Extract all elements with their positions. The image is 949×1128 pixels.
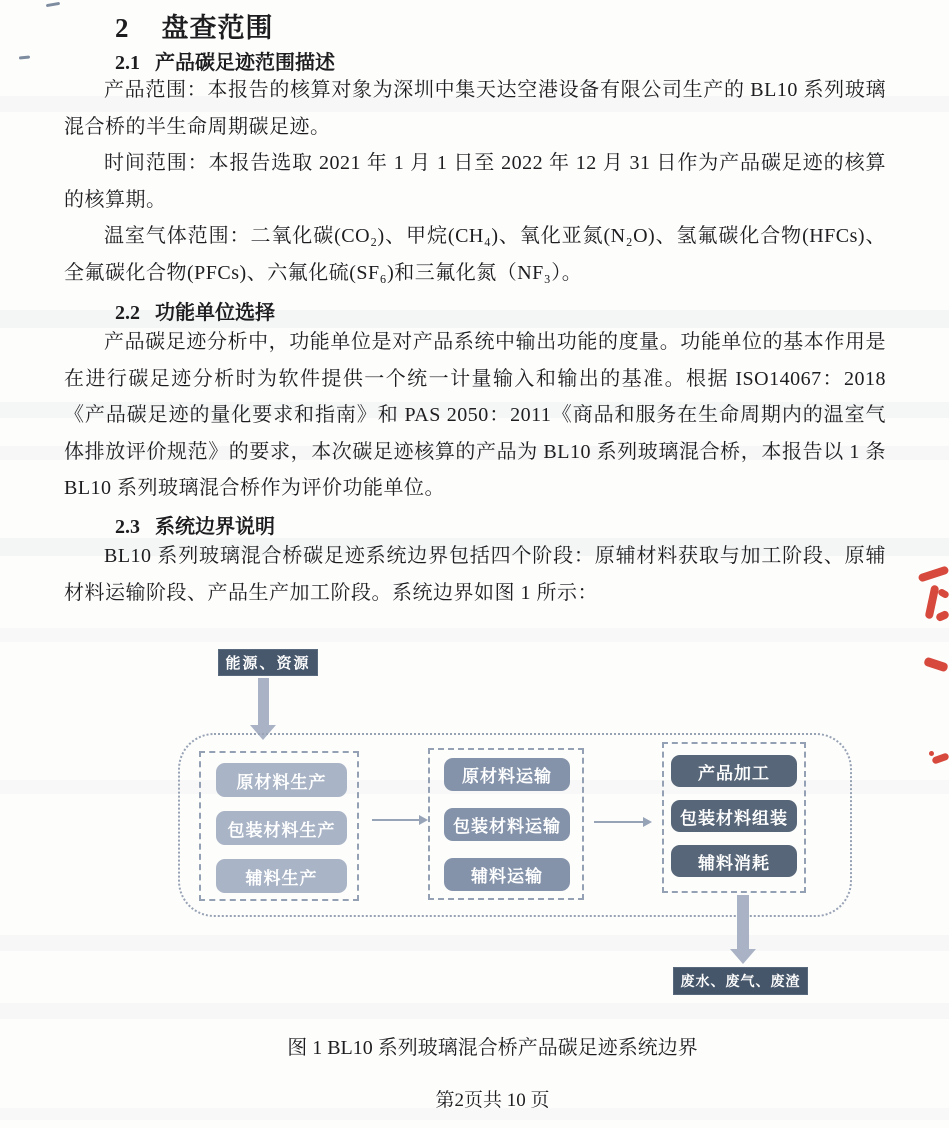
scan-bleed-band [0, 935, 949, 951]
section-2-2-heading: 2.2功能单位选择 [115, 296, 275, 325]
paragraph-functional-unit: 产品碳足迹分析中，功能单位是对产品系统中输出功能的度量。功能单位的基本作用是在进… [64, 324, 886, 507]
pencil-mark [19, 55, 30, 59]
waste-down-arrow [737, 895, 749, 949]
box-auxiliary-production: 辅料生产 [216, 859, 347, 893]
chapter-heading: 2盘查范围 [115, 6, 274, 45]
paragraph-system-boundary: BL10 系列玻璃混合桥碳足迹系统边界包括四个阶段：原辅材料获取与加工阶段、原辅… [64, 538, 886, 611]
paragraph-product-scope: 产品范围：本报告的核算对象为深圳中集天达空港设备有限公司生产的 BL10 系列玻… [64, 72, 886, 145]
scan-bleed-band [0, 628, 949, 642]
box-packaging-material-transport: 包装材料运输 [444, 808, 570, 841]
box-product-processing: 产品加工 [671, 755, 797, 787]
chapter-number: 2 [115, 13, 130, 44]
red-ink-mark [931, 752, 949, 764]
red-ink-mark [918, 565, 949, 582]
section-number: 2.2 [115, 302, 140, 325]
waste-down-arrow-head [730, 949, 756, 964]
arrow-stage2-to-stage3 [594, 821, 644, 823]
red-ink-mark [937, 588, 949, 600]
energy-down-arrow [258, 678, 269, 725]
red-ink-mark [935, 610, 949, 623]
pencil-mark [46, 2, 60, 7]
box-packaging-assembly: 包装材料组装 [671, 800, 797, 832]
section-title: 系统边界说明 [155, 516, 275, 538]
section-2-3-heading: 2.3系统边界说明 [115, 510, 275, 539]
box-energy-resource: 能源、资源 [218, 649, 318, 676]
box-packaging-material-production: 包装材料生产 [216, 811, 347, 845]
section-title: 产品碳足迹范围描述 [155, 52, 335, 74]
box-raw-material-transport: 原材料运输 [444, 758, 570, 791]
red-ink-mark [929, 751, 934, 756]
arrow-stage1-to-stage2 [372, 819, 420, 821]
box-auxiliary-consumption: 辅料消耗 [671, 845, 797, 877]
box-waste-output: 废水、废气、废渣 [673, 967, 808, 995]
figure-caption: 图 1 BL10 系列玻璃混合桥产品碳足迹系统边界 [0, 1031, 949, 1060]
box-auxiliary-transport: 辅料运输 [444, 858, 570, 891]
paragraph-ghg-scope: 温室气体范围：二氧化碳(CO₂)、甲烷(CH₄)、氧化亚氮(N₂O)、氢氟碳化合… [64, 218, 886, 291]
box-raw-material-production: 原材料生产 [216, 763, 347, 797]
document-page: 2盘查范围 2.1产品碳足迹范围描述 产品范围：本报告的核算对象为深圳中集天达空… [0, 0, 949, 1128]
paragraph-time-scope: 时间范围：本报告选取 2021 年 1 月 1 日至 2022 年 12 月 3… [64, 145, 886, 218]
section-title: 功能单位选择 [155, 302, 275, 324]
scan-bleed-band [0, 1003, 949, 1019]
red-ink-mark [923, 657, 949, 673]
section-number: 2.3 [115, 516, 140, 539]
section-2-1-heading: 2.1产品碳足迹范围描述 [115, 46, 335, 75]
chapter-title: 盘查范围 [162, 13, 274, 43]
page-number: 第2页共 10 页 [0, 1085, 949, 1112]
